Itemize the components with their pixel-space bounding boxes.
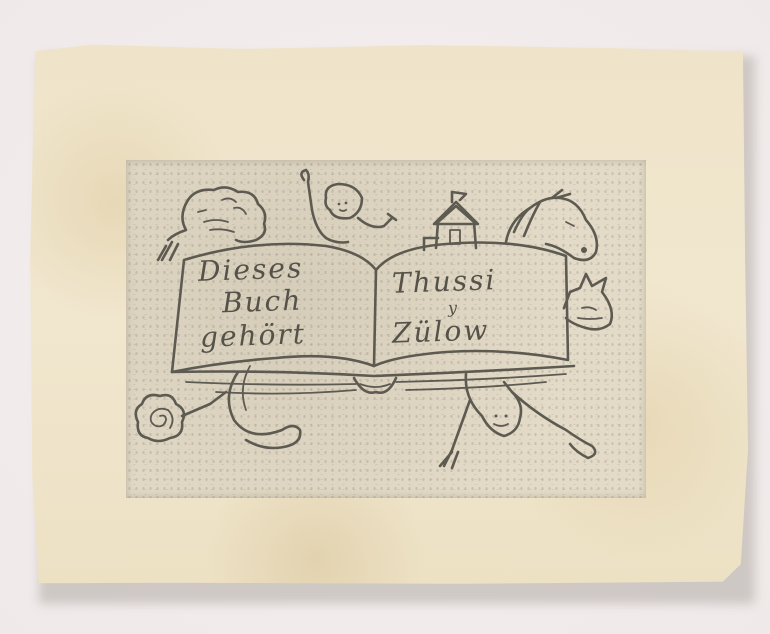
- house-icon: [424, 192, 478, 250]
- inscription-line-dieses: Dieses: [198, 254, 304, 286]
- lion-head-icon: [158, 187, 265, 260]
- rose-icon: [136, 392, 226, 441]
- scroll-ribbon-icon: [229, 366, 300, 448]
- child-figure-icon: [301, 170, 396, 243]
- horse-head-icon: [506, 190, 597, 260]
- donkey-head-icon: [564, 274, 612, 329]
- inscription-line-gehoert: gehört: [200, 320, 307, 352]
- inscription-line-zuelow: Zülow: [392, 316, 490, 347]
- inscription-line-buch: Buch: [222, 287, 303, 318]
- inscription-line-thussi: Thussi: [392, 266, 497, 298]
